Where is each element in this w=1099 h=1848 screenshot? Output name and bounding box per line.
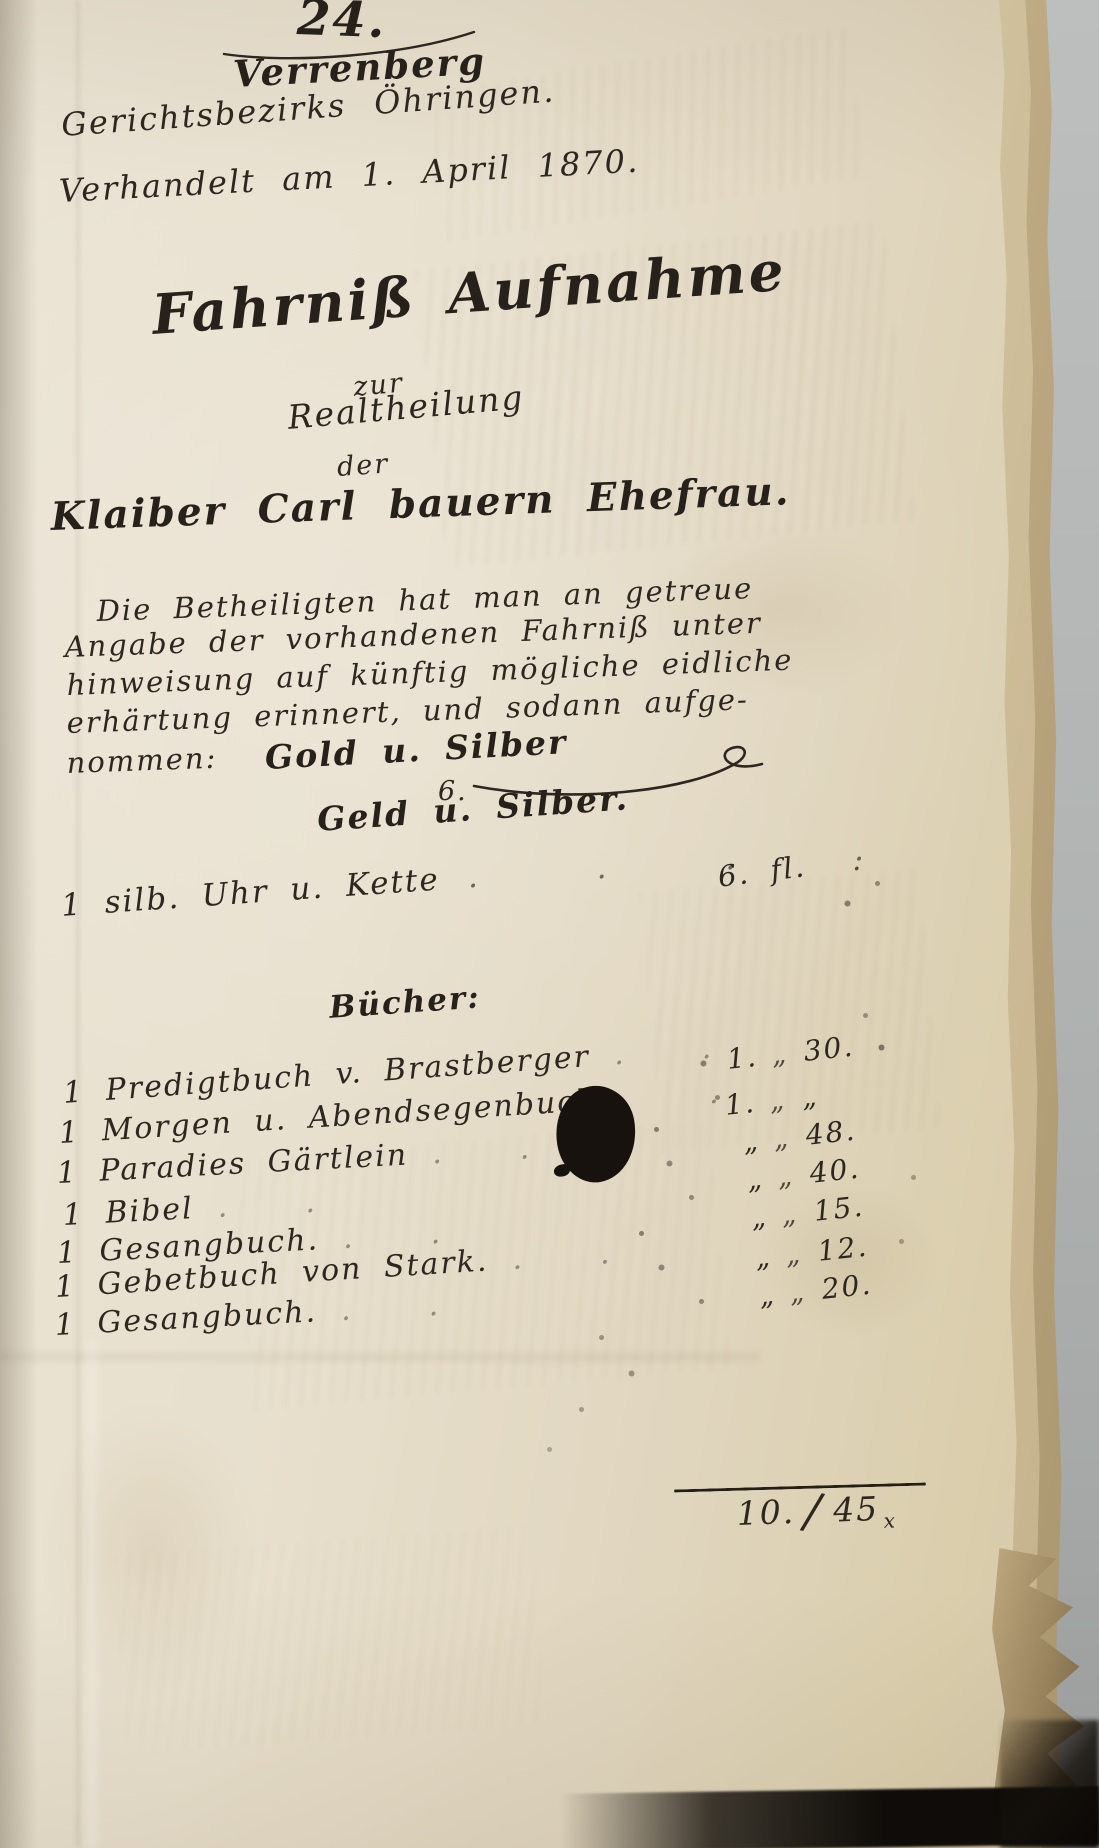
value-gulden: „	[718, 1124, 761, 1161]
corner-shadow	[1000, 1720, 1099, 1848]
value-kreuzer: 15.	[812, 1190, 866, 1228]
value-kreuzer: „	[800, 1079, 820, 1114]
value-separator: „	[784, 1237, 804, 1272]
value-separator: „	[770, 1037, 790, 1072]
title-word-der: der	[336, 448, 390, 483]
value-kreuzer: 30.	[802, 1030, 856, 1068]
value-gulden: „	[722, 1162, 765, 1199]
value-gulden: „	[726, 1200, 769, 1237]
total-gulden: 10.	[736, 1492, 796, 1533]
value-separator: „	[772, 1121, 792, 1156]
book-label: 1 Bibel	[62, 1191, 194, 1233]
value-separator: „	[768, 1083, 788, 1118]
book-leader: . .	[511, 1236, 610, 1277]
total-line: 10. / 45 x	[736, 1488, 897, 1533]
preamble-closing-word: nommen:	[66, 741, 218, 780]
total-unit: x	[883, 1508, 897, 1532]
value-kreuzer: 20.	[820, 1268, 874, 1306]
value-gulden: „	[734, 1278, 777, 1315]
value-separator: „	[776, 1159, 796, 1194]
book-leader: . .	[340, 1288, 439, 1328]
book-leader: . .	[217, 1185, 316, 1225]
book-leader: . .	[431, 1131, 530, 1171]
value-kreuzer: 40.	[808, 1152, 862, 1190]
book-leader: . .	[620, 1076, 719, 1117]
gutter-shadow	[0, 0, 38, 1848]
value-gulden: 1.	[716, 1040, 759, 1077]
value-kreuzer: 12.	[816, 1230, 870, 1268]
paper-stain	[40, 1400, 260, 1700]
value-separator: „	[780, 1197, 800, 1232]
book-leader: . .	[613, 1031, 712, 1073]
value-kreuzer: 48.	[804, 1114, 858, 1152]
value-gulden: 1.	[714, 1086, 757, 1123]
ink-specks	[0, 0, 3, 3]
value-gulden: „	[730, 1240, 773, 1277]
value-separator: „	[788, 1275, 808, 1310]
photo-background: 24. Verrenberg Gerichtsbezirks Öhringen.…	[0, 0, 1099, 1848]
total-kreuzer: 45	[832, 1489, 879, 1530]
